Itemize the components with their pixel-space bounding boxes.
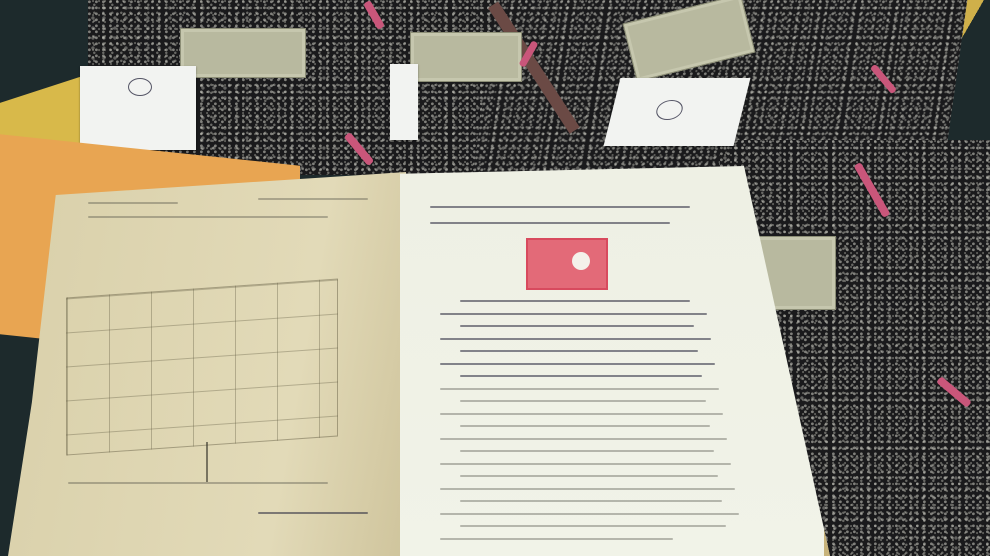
heading-line (430, 222, 670, 224)
text-line (460, 475, 718, 477)
heading-line (430, 206, 690, 208)
signature (258, 512, 368, 514)
ledger-label: [illegible] (180, 28, 306, 78)
text-line (440, 463, 731, 465)
red-seal-stamp (526, 238, 608, 290)
map-divider (206, 442, 208, 482)
text-line (460, 375, 702, 377)
ledger-label: [illegible] (410, 32, 522, 82)
text-line (440, 313, 707, 315)
seal-icon (128, 78, 152, 96)
stamp-emblem (572, 252, 590, 270)
text-line (440, 488, 735, 490)
text-line (460, 525, 726, 527)
left-page: [illegible printed header] (8, 172, 406, 556)
seal-icon (654, 100, 685, 120)
text-line (460, 400, 706, 402)
index-card (604, 78, 751, 146)
index-card (80, 66, 196, 150)
text-line (440, 438, 727, 440)
text-line (460, 325, 694, 327)
text-line (440, 513, 739, 515)
plot-map (66, 278, 338, 455)
text-line (460, 300, 690, 302)
text-line (440, 338, 711, 340)
text-line (440, 413, 723, 415)
header-line (258, 198, 368, 200)
text-line (440, 363, 715, 365)
text-line (460, 450, 714, 452)
text-line (460, 500, 722, 502)
header-line (88, 216, 328, 218)
map-baseline (68, 482, 328, 484)
text-line (460, 350, 698, 352)
text-line (460, 425, 710, 427)
text-line (440, 388, 719, 390)
index-card (390, 64, 418, 140)
text-line (440, 538, 673, 540)
header-line (88, 202, 178, 204)
